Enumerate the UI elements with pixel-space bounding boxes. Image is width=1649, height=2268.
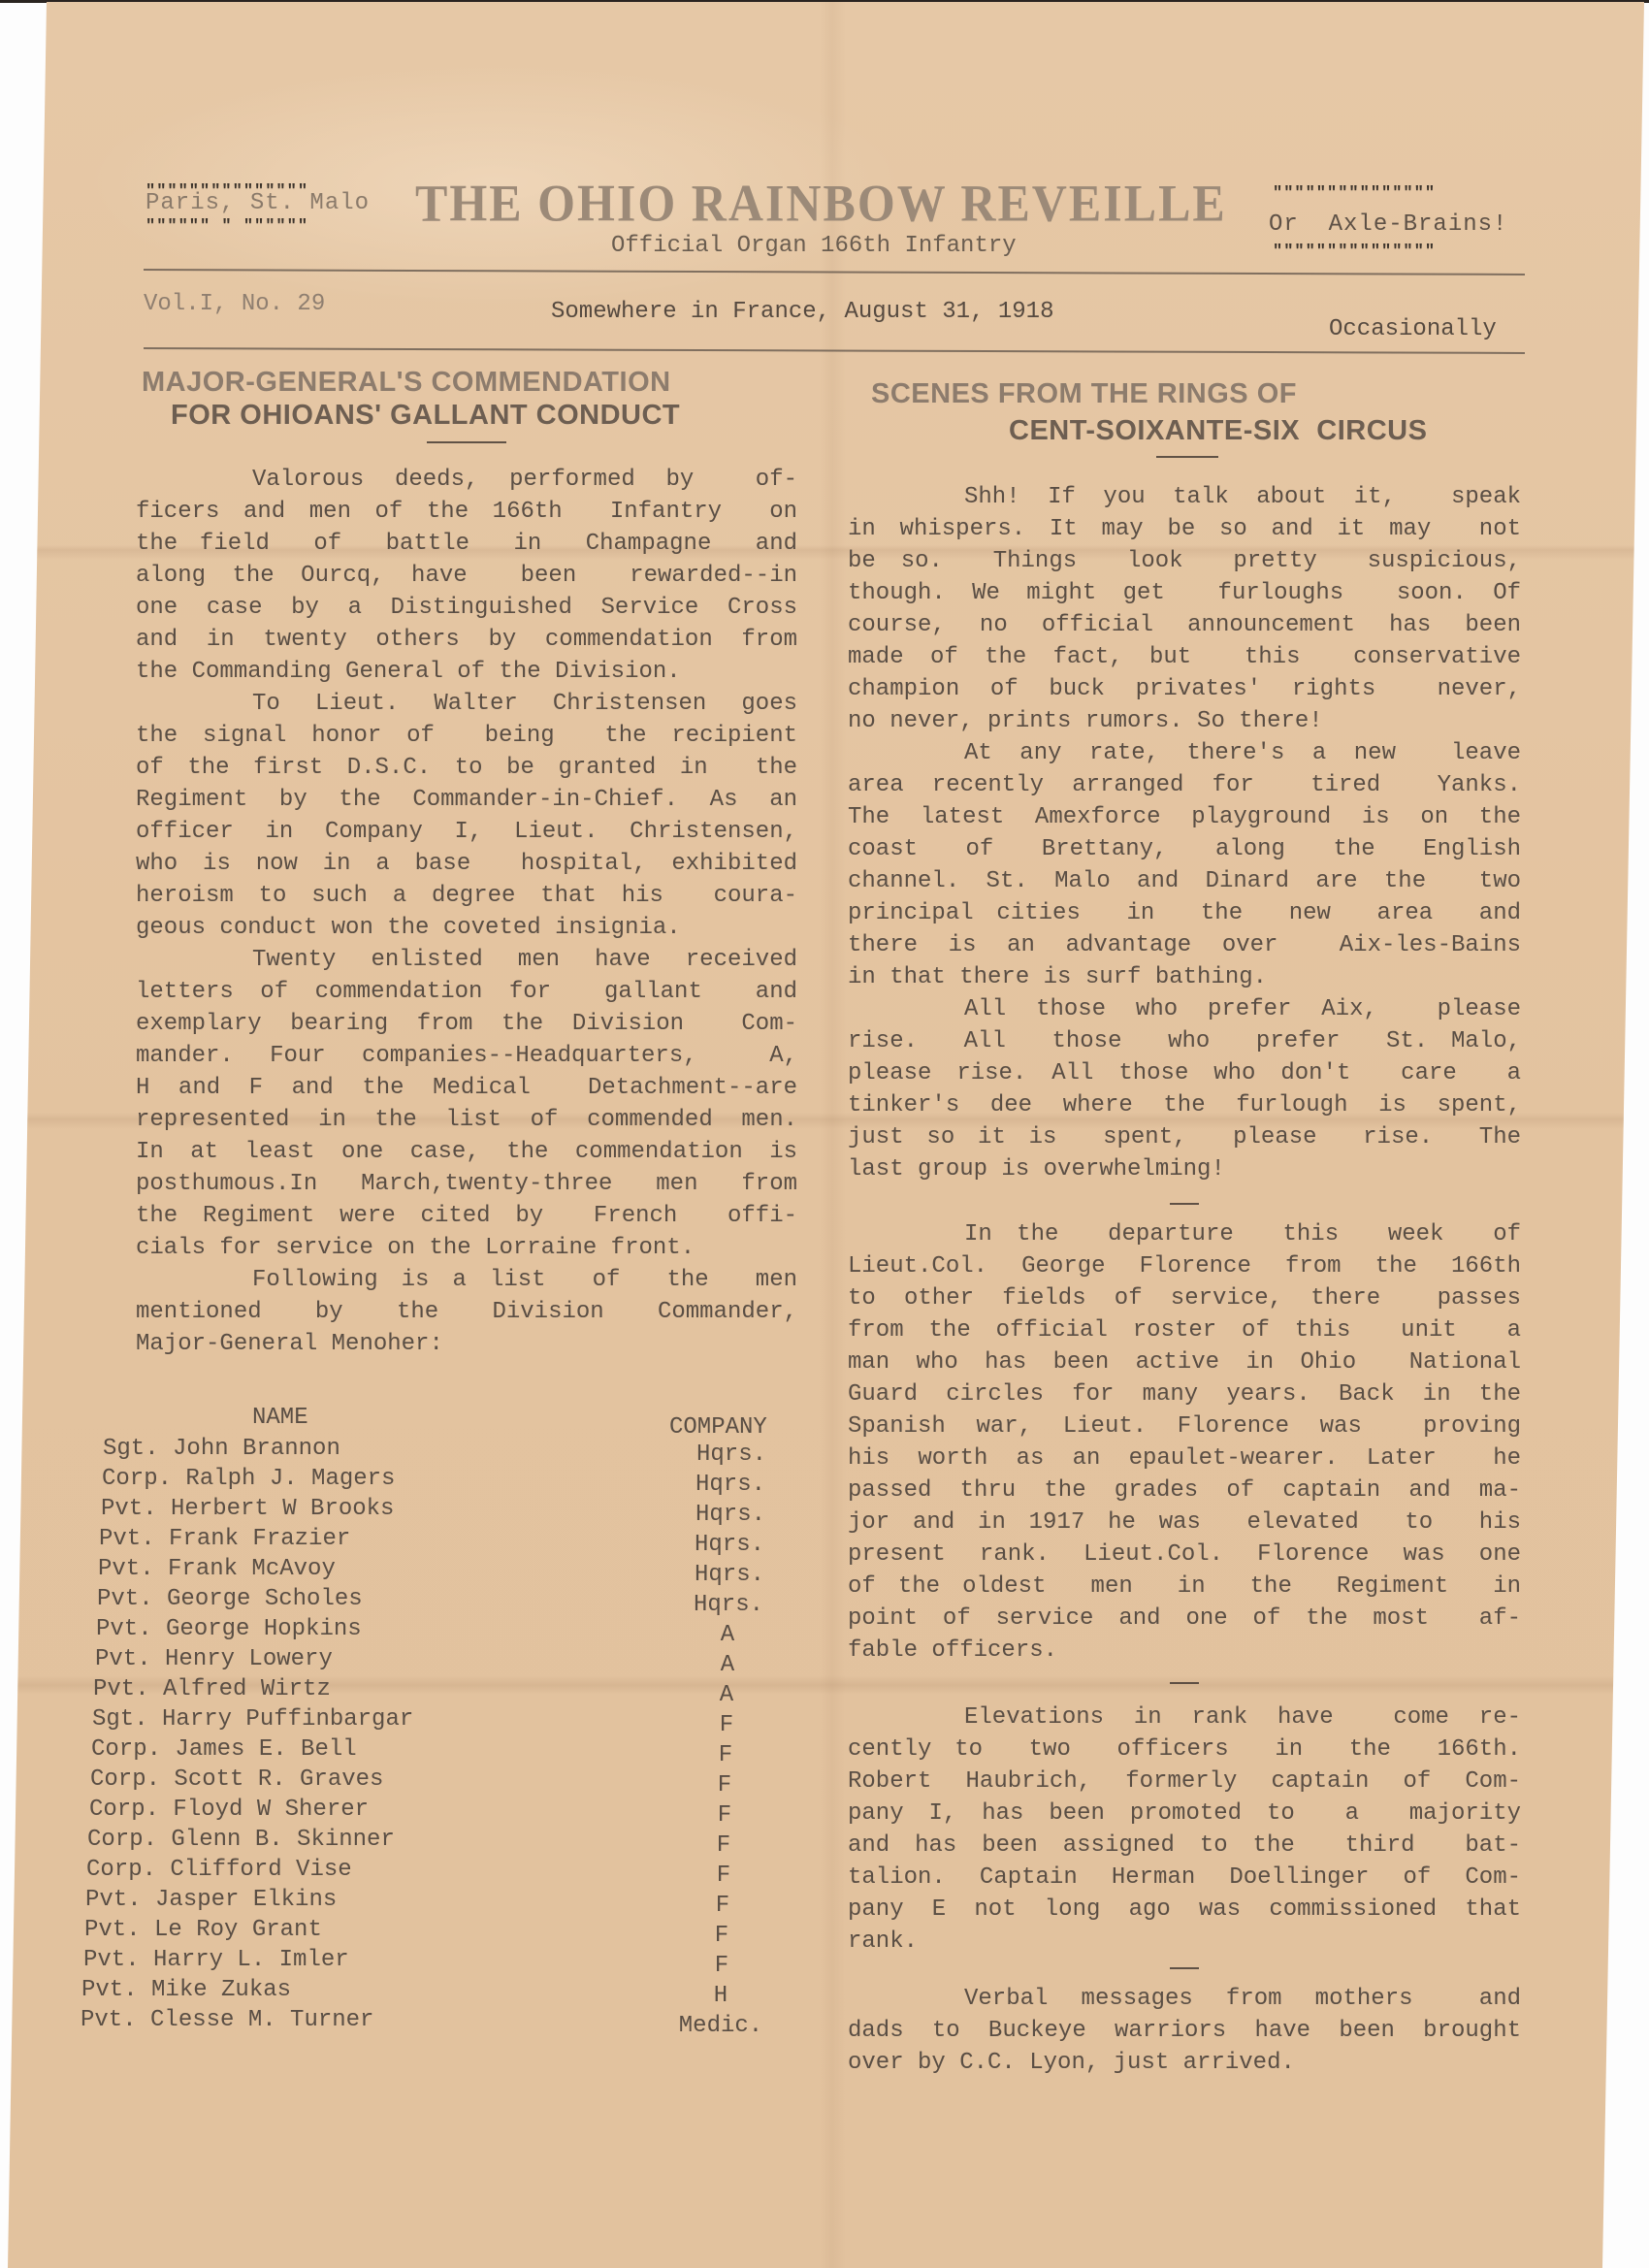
text-line: principal cities in the new area and (848, 897, 1521, 929)
text-line: cently to two officers in the 166th. (848, 1733, 1521, 1766)
roster-company: F (666, 1772, 783, 1798)
text-line: last group is overwhelming! (848, 1153, 1521, 1185)
text-line: jor and in 1917 he was elevated to his (848, 1507, 1521, 1539)
text-line: Shh! If you talk about it, speak (848, 481, 1521, 513)
text-line: please rise. All those who don't care a (848, 1057, 1521, 1089)
text-line: officer in Company I, Lieut. Christensen… (136, 816, 797, 848)
text-line: rise. All those who prefer St. Malo, (848, 1025, 1521, 1057)
text-line: made of the fact, but this conservative (848, 641, 1521, 673)
roster-company: A (669, 1622, 786, 1648)
section-separator (848, 1193, 1521, 1215)
roster-company: Hqrs. (672, 1502, 789, 1528)
roster-name: Pvt. Alfred Wirtz (93, 1676, 331, 1702)
text-line: exemplary bearing from the Division Com- (136, 1008, 797, 1040)
roster-header-name: NAME (252, 1405, 308, 1431)
text-line: H and F and the Medical Detachment--are (136, 1072, 797, 1104)
roster-name: Corp. Scott R. Graves (90, 1766, 383, 1793)
roster-name: Corp. Glenn B. Skinner (87, 1827, 395, 1853)
text-line: though. We might get furloughs soon. Of (848, 577, 1521, 609)
masthead-ornament-right-top: """"""""""""""" (1273, 184, 1436, 203)
text-line: just so it is spent, please rise. The (848, 1121, 1521, 1153)
text-line: the signal honor of being the recipient (136, 720, 797, 752)
roster-name: Pvt. Henry Lowery (95, 1646, 333, 1672)
text-line: channel. St. Malo and Dinard are the two (848, 865, 1521, 897)
text-line: In at least one case, the commendation i… (136, 1136, 797, 1168)
text-line: along the Ourcq, have been rewarded--in (136, 560, 797, 592)
text-line: the field of battle in Champagne and (136, 528, 797, 560)
text-line: the Regiment were cited by French offi- (136, 1200, 797, 1232)
text-line: Major-General Menoher: (136, 1328, 797, 1360)
text-line: point of service and one of the most af- (848, 1603, 1521, 1635)
text-line: cials for service on the Lorraine front. (136, 1232, 797, 1264)
roster-name: Pvt. Harry L. Imler (83, 1947, 349, 1973)
text-line: and has been assigned to the third bat- (848, 1830, 1521, 1862)
roster-company: Hqrs. (671, 1562, 788, 1588)
text-line: All those who prefer Aix, please (848, 993, 1521, 1025)
text-line: in whispers. It may be so and it may not (848, 513, 1521, 545)
roster-company: A (668, 1682, 785, 1708)
text-line: Valorous deeds, performed by of- (136, 464, 797, 496)
roster-company: F (663, 1923, 780, 1949)
text-line: there is an advantage over Aix-les-Bains (848, 929, 1521, 961)
text-line: over by C.C. Lyon, just arrived. (848, 2047, 1521, 2079)
section-separator (848, 1958, 1521, 1979)
roster-company: F (663, 1953, 780, 1979)
text-line: passed thru the grades of captain and ma… (848, 1474, 1521, 1507)
roster-name: Corp. James E. Bell (91, 1736, 357, 1763)
text-line: no never, prints rumors. So there! (848, 705, 1521, 737)
text-line: fable officers. (848, 1635, 1521, 1667)
roster-name: Sgt. Harry Puffinbargar (92, 1706, 413, 1733)
text-line: The latest Amexforce playground is on th… (848, 801, 1521, 833)
text-line: pany E not long ago was commissioned tha… (848, 1894, 1521, 1926)
text-line: tinker's dee where the furlough is spent… (848, 1089, 1521, 1121)
roster-name: Pvt. Frank Frazier (99, 1526, 350, 1552)
text-line: from the official roster of this unit a (848, 1314, 1521, 1346)
roster-name: Corp. Floyd W Sherer (89, 1797, 369, 1823)
text-line: Twenty enlisted men have received (136, 944, 797, 976)
right-article-body: Shh! If you talk about it, speakin whisp… (848, 481, 1521, 2079)
roster-name: Corp. Clifford Vise (86, 1857, 352, 1883)
left-headline-line-2: FOR OHIOANS' GALLANT CONDUCT (171, 400, 680, 432)
text-line: Robert Haubrich, formerly captain of Com… (848, 1766, 1521, 1798)
roster-name: Pvt. Mike Zukas (81, 1977, 291, 2003)
text-line: who is now in a base hospital, exhibited (136, 848, 797, 880)
roster-header-company: COMPANY (669, 1414, 767, 1441)
right-headline-line-2: CENT-SOIXANTE-SIX CIRCUS (1009, 415, 1427, 447)
text-line: coast of Brettany, along the English (848, 833, 1521, 865)
text-line: In the departure this week of (848, 1218, 1521, 1250)
left-headline-line-1: MAJOR-GENERAL'S COMMENDATION (142, 367, 671, 399)
text-line: and in twenty others by commendation fro… (136, 624, 797, 656)
text-line: champion of buck privates' rights never, (848, 673, 1521, 705)
masthead-left-tag: Paris, St. Malo (145, 190, 370, 216)
masthead-right-tag: Or Axle-Brains! (1269, 211, 1507, 238)
newspaper-title: THE OHIO RAINBOW REVEILLE (415, 173, 1227, 234)
text-line: At any rate, there's a new leave (848, 737, 1521, 769)
text-line: be so. Things look pretty suspicious, (848, 545, 1521, 577)
roster-name: Pvt. George Hopkins (96, 1616, 362, 1642)
dateline: Somewhere in France, August 31, 1918 (551, 299, 1053, 325)
roster-company: F (667, 1742, 784, 1768)
text-line: Elevations in rank have come re- (848, 1701, 1521, 1733)
text-line: of the first D.S.C. to be granted in the (136, 752, 797, 784)
roster-company: Medic. (663, 2013, 779, 2039)
text-line: present rank. Lieut.Col. Florence was on… (848, 1539, 1521, 1571)
roster-name: Pvt. Clesse M. Turner (81, 2007, 373, 2033)
roster-company: A (669, 1652, 786, 1678)
spacer (848, 1694, 1521, 1701)
text-line: mander. Four companies--Headquarters, A, (136, 1040, 797, 1072)
text-line: ficers and men of the 166th Infantry on (136, 496, 797, 528)
text-line: talion. Captain Herman Doellinger of Com… (848, 1862, 1521, 1894)
text-line: to other fields of service, there passes (848, 1282, 1521, 1314)
section-separator (848, 1672, 1521, 1694)
left-headline-rule (427, 441, 506, 443)
roster-name: Pvt. Frank McAvoy (98, 1556, 336, 1582)
roster-name: Pvt. Le Roy Grant (84, 1917, 322, 1943)
text-line: one case by a Distinguished Service Cros… (136, 592, 797, 624)
roster-company: Hqrs. (673, 1442, 790, 1468)
text-line: course, no official announcement has bee… (848, 609, 1521, 641)
roster-name: Pvt. Herbert W Brooks (101, 1496, 394, 1522)
text-line: Verbal messages from mothers and (848, 1983, 1521, 2015)
text-line: mentioned by the Division Commander, (136, 1296, 797, 1328)
roster-company: F (668, 1712, 785, 1738)
roster-company: F (664, 1893, 781, 1919)
text-line: man who has been active in Ohio National (848, 1346, 1521, 1378)
text-line: Regiment by the Commander-in-Chief. As a… (136, 784, 797, 816)
text-line: posthumous.In March,twenty-three men fro… (136, 1168, 797, 1200)
roster-company: Hqrs. (670, 1592, 787, 1618)
right-headline-line-1: SCENES FROM THE RINGS OF (871, 378, 1297, 410)
text-line: of the oldest men in the Regiment in (848, 1571, 1521, 1603)
text-line: represented in the list of commended men… (136, 1104, 797, 1136)
roster-name: Sgt. John Brannon (103, 1436, 340, 1462)
text-line: Guard circles for many years. Back in th… (848, 1378, 1521, 1410)
roster-name: Pvt. Jasper Elkins (85, 1887, 337, 1913)
publication-frequency: Occasionally (1329, 316, 1497, 342)
right-headline-rule (1156, 456, 1218, 458)
volume-number: Vol.I, No. 29 (144, 291, 325, 317)
text-line: To Lieut. Walter Christensen goes (136, 688, 797, 720)
roster-company: F (665, 1832, 782, 1859)
text-line: Spanish war, Lieut. Florence was proving (848, 1410, 1521, 1442)
text-line: Lieut.Col. George Florence from the 166t… (848, 1250, 1521, 1282)
newspaper-subtitle: Official Organ 166th Infantry (611, 233, 1017, 259)
masthead-ornament-right-bottom: """"""""""""""" (1273, 243, 1436, 261)
text-line: area recently arranged for tired Yanks. (848, 769, 1521, 801)
text-line: geous conduct won the coveted insignia. (136, 912, 797, 944)
left-article-body: Valorous deeds, performed by of-ficers a… (136, 464, 797, 1360)
text-line: letters of commendation for gallant and (136, 976, 797, 1008)
text-line: pany I, has been promoted to a majority (848, 1798, 1521, 1830)
text-line: rank. (848, 1926, 1521, 1958)
roster-name: Pvt. George Scholes (97, 1586, 363, 1612)
masthead-ornament-left-bottom: """""" " """""" (145, 217, 308, 236)
roster-name: Corp. Ralph J. Magers (102, 1466, 395, 1492)
roster-company: F (665, 1863, 782, 1889)
roster-company: Hqrs. (672, 1472, 789, 1498)
roster-company: Hqrs. (671, 1532, 788, 1558)
text-line: in that there is surf bathing. (848, 961, 1521, 993)
text-line: heroism to such a degree that his coura- (136, 880, 797, 912)
text-line: Following is a list of the men (136, 1264, 797, 1296)
roster-company: F (666, 1802, 783, 1829)
commendation-roster: NAME COMPANY Sgt. John BrannonHqrs.Corp.… (97, 1405, 795, 2103)
spacer (848, 1185, 1521, 1193)
text-line: his worth as an epaulet-wearer. Later he (848, 1442, 1521, 1474)
text-line: dads to Buckeye warriors have been broug… (848, 2015, 1521, 2047)
roster-company: H (663, 1983, 779, 2009)
text-line: the Commanding General of the Division. (136, 656, 797, 688)
